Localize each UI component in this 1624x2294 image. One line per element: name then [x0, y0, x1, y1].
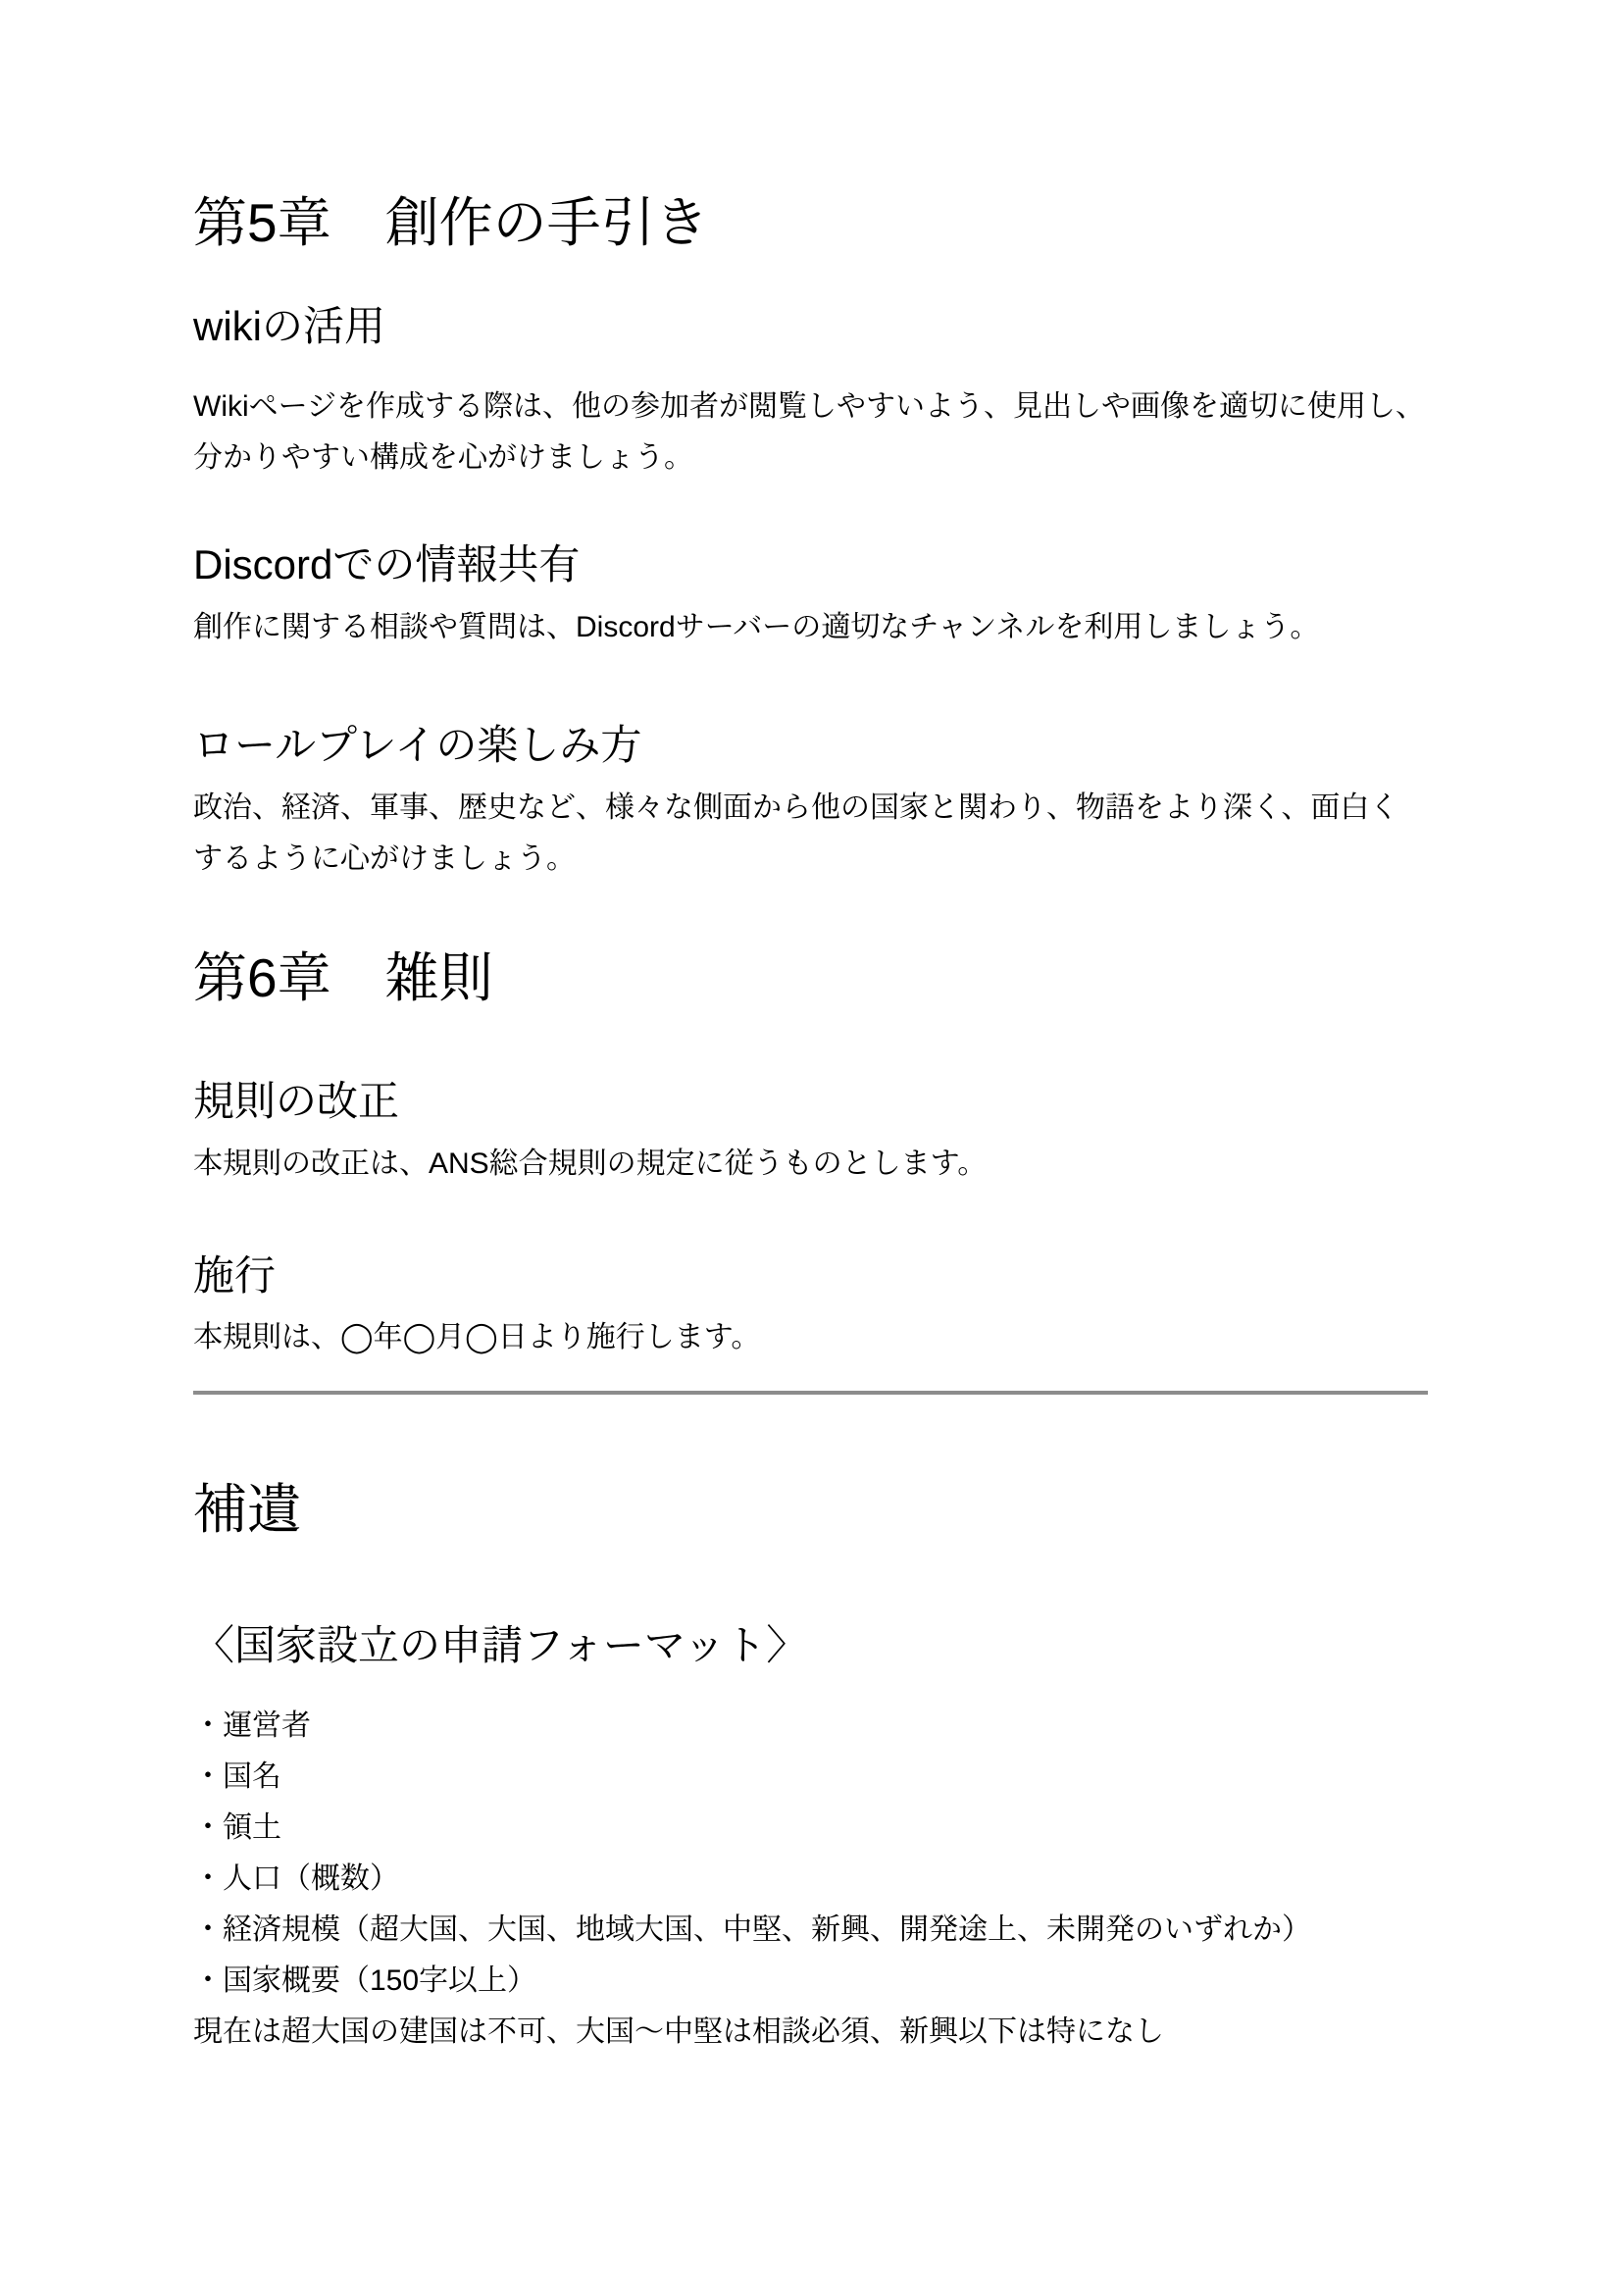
format-item-country-name: ・国名 [193, 1752, 1428, 1803]
application-format-list: ・運営者 ・国名 ・領土 ・人口（概数） ・経済規模（超大国、大国、地域大国、中… [193, 1701, 1428, 2058]
section-heading-discord: Discordでの情報共有 [193, 539, 1428, 590]
format-item-territory: ・領土 [193, 1803, 1428, 1854]
paragraph-roleplay: 政治、経済、軍事、歴史など、様々な側面から他の国家と関わり、物語をより深く、面白… [193, 783, 1428, 885]
format-note: 現在は超大国の建国は不可、大国～中堅は相談必須、新興以下は特になし [193, 2007, 1428, 2058]
paragraph-discord: 創作に関する相談や質問は、Discordサーバーの適切なチャンネルを利用しましょ… [193, 602, 1428, 653]
format-item-overview: ・国家概要（150字以上） [193, 1956, 1428, 2007]
appendix-title: 補遺 [193, 1478, 1428, 1541]
paragraph-amendment: 本規則の改正は、ANS総合規則の規定に従うものとします。 [193, 1139, 1428, 1190]
section-heading-amendment: 規則の改正 [193, 1076, 1428, 1127]
section-heading-enforcement: 施行 [193, 1250, 1428, 1301]
format-item-population: ・人口（概数） [193, 1854, 1428, 1905]
chapter5-title: 第5章 創作の手引き [193, 191, 1428, 254]
horizontal-rule [193, 1391, 1428, 1395]
paragraph-wiki: Wikiページを作成する際は、他の参加者が閲覧しやすいよう、見出しや画像を適切に… [193, 382, 1428, 484]
format-item-economy: ・経済規模（超大国、大国、地域大国、中堅、新興、開発途上、未開発のいずれか） [193, 1905, 1428, 1956]
format-item-operator: ・運営者 [193, 1701, 1428, 1752]
section-heading-roleplay: ロールプレイの楽しみ方 [193, 720, 1428, 771]
paragraph-enforcement: 本規則は、◯年◯月◯日より施行します。 [193, 1312, 1428, 1363]
section-heading-wiki: wikiの活用 [193, 301, 1428, 352]
document-page: 第5章 創作の手引き wikiの活用 Wikiページを作成する際は、他の参加者が… [0, 0, 1624, 2294]
application-format-heading: 〈国家設立の申請フォーマット〉 [193, 1620, 1428, 1671]
chapter6-title: 第6章 雑則 [193, 946, 1428, 1009]
